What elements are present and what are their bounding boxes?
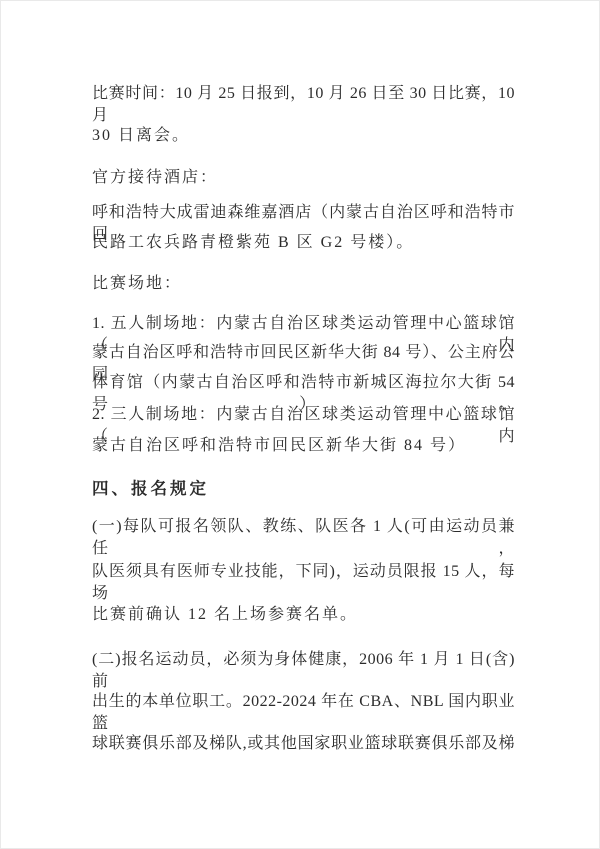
venue-5v5-line-1: 1. 五人制场地：内蒙古自治区球类运动管理中心篮球馆（内 xyxy=(92,313,515,335)
registration-rule-2-line-1: (二)报名运动员，必须为身体健康，2006 年 1 月 1 日(含)前 xyxy=(92,649,515,671)
registration-rule-1-line-3: 比赛前确认 12 名上场参赛名单。 xyxy=(92,604,515,626)
official-hotel-line-2: 民路工农兵路青橙紫苑 B 区 G2 号楼）。 xyxy=(92,232,515,254)
official-hotel-line-1: 呼和浩特大成雷迪森维嘉酒店（内蒙古自治区呼和浩特市回 xyxy=(92,202,515,224)
section-heading-registration: 四、报名规定 xyxy=(92,478,515,500)
document-page: 比赛时间：10 月 25 日报到，10 月 26 日至 30 日比赛，10 月 … xyxy=(0,0,600,849)
registration-rule-2-line-3: 球联赛俱乐部及梯队,或其他国家职业篮球联赛俱乐部及梯 xyxy=(92,733,515,755)
venue-5v5-line-2: 蒙古自治区呼和浩特市回民区新华大街 84 号）、公主府公园 xyxy=(92,342,515,364)
venue-3x3-line-2: 蒙古自治区呼和浩特市回民区新华大街 84 号） xyxy=(92,435,515,457)
registration-rule-2-line-2: 出生的本单位职工。2022-2024 年在 CBA、NBL 国内职业篮 xyxy=(92,691,515,713)
venue-3x3-line-1: 2. 三人制场地：内蒙古自治区球类运动管理中心篮球馆（内 xyxy=(92,404,515,426)
document-text-block: 比赛时间：10 月 25 日报到，10 月 26 日至 30 日比赛，10 月 … xyxy=(92,1,515,849)
competition-time-line-2: 30 日离会。 xyxy=(92,125,515,147)
competition-time-line-1: 比赛时间：10 月 25 日报到，10 月 26 日至 30 日比赛，10 月 xyxy=(92,83,515,105)
venue-label: 比赛场地： xyxy=(92,273,515,295)
registration-rule-1-line-2: 队医须具有医师专业技能，下同)，运动员限报 15 人，每场 xyxy=(92,561,515,583)
registration-rule-1-line-1: (一)每队可报名领队、教练、队医各 1 人(可由运动员兼任， xyxy=(92,516,515,538)
venue-5v5-line-3: 体育馆（内蒙古自治区呼和浩特市新城区海拉尔大街 54 号）。 xyxy=(92,372,515,394)
official-hotel-label: 官方接待酒店： xyxy=(92,167,515,189)
